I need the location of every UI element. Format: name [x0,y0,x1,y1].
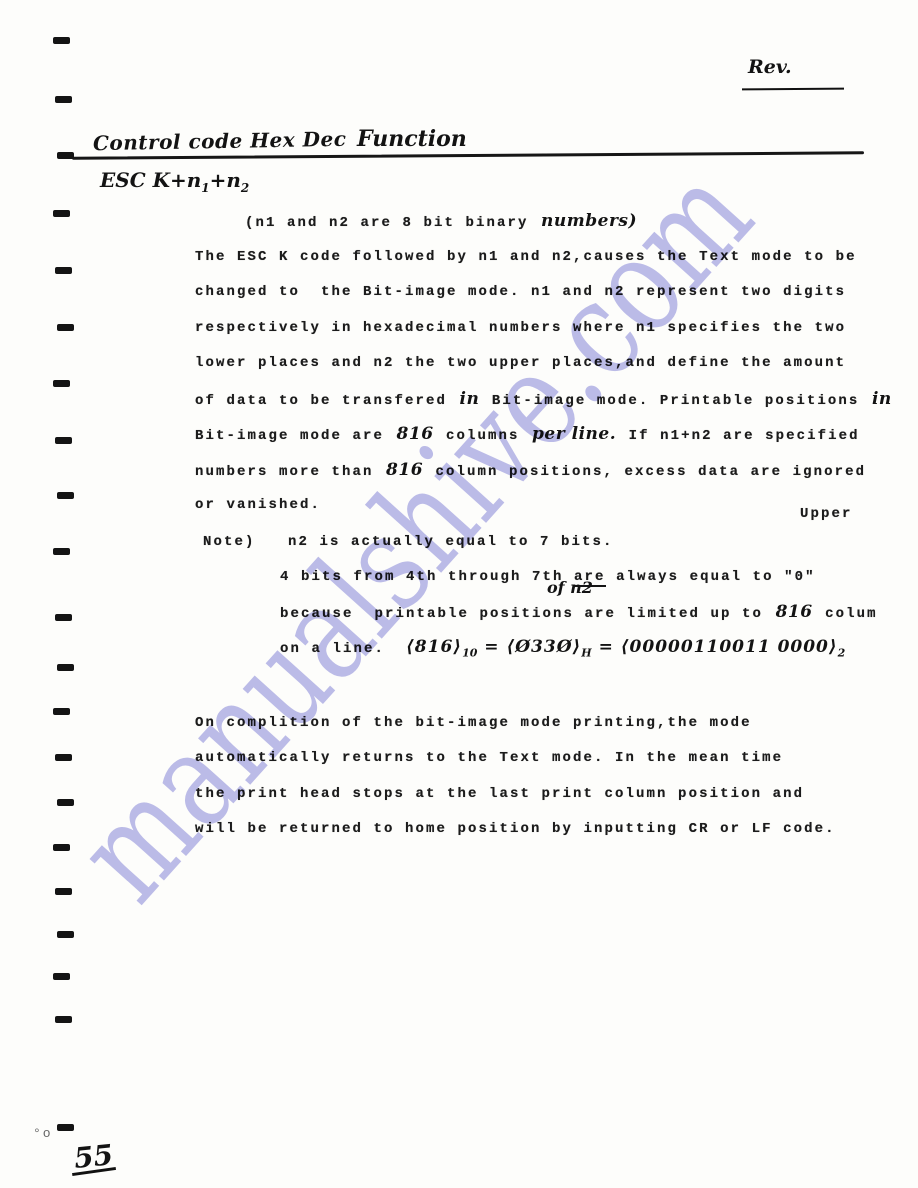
typed-text: numbers more than [195,464,384,480]
footer-scan-mark: °o [33,1126,53,1141]
binder-hole-mark [55,96,72,103]
typed-text: column positions, excess data are ignore… [425,464,866,480]
header-function: Function [357,126,467,152]
handwritten-words: per line. [530,424,618,444]
binder-hole-mark [57,1124,74,1131]
body-text-block: (n1 and n2 are 8 bit binary numbers) The… [195,204,895,848]
control-code-part: +n [210,168,241,192]
formula-subscript-10: 10 [462,646,477,659]
binder-hole-mark [53,210,70,217]
handwritten-word: numbers) [539,211,639,231]
handwritten-number-816: 816 [774,602,815,622]
binder-hole-mark [53,844,70,851]
text-line: (n1 and n2 are 8 bit binary numbers) [195,204,895,240]
rev-label: Rev. [748,56,792,78]
typed-text: because printable positions are limited … [280,606,774,622]
binder-hole-mark [55,614,72,621]
formula-part: ⟨816⟩ [406,637,462,657]
binder-hole-mark [53,380,70,387]
binder-hole-mark [57,492,74,499]
text-line: numbers more than 816 column positions, … [195,453,895,489]
typed-text: columns [436,428,531,444]
text-line: automatically returns to the Text mode. … [195,741,895,777]
text-line: of data to be transfered in Bit-image mo… [195,382,895,418]
handwritten-formula: ⟨816⟩10 = ⟨Ø33Ø⟩H = ⟨00000110011 0000⟩2 [406,637,845,657]
binder-hole-mark [53,37,70,44]
text-line: changed to the Bit-image mode. n1 and n2… [195,275,895,311]
typed-text: 4 bits from 4th through 7th [280,569,574,585]
formula-subscript-2: 2 [838,646,846,659]
closing-paragraph: On complition of the bit-image mode prin… [195,706,895,848]
control-code-sub-n1: 1 [201,181,209,195]
typed-text: colum [815,606,878,622]
binder-hole-mark [55,754,72,761]
scanned-manual-page: manualshive.com Rev. Control code Hex De… [0,0,918,1188]
typed-text: of data to be transfered [195,393,458,409]
text-line: the print head stops at the last print c… [195,777,895,813]
formula-part: = ⟨00000110011 0000⟩ [592,637,838,657]
text-line: or vanished. [195,488,895,524]
text-line: will be returned to home position by inp… [195,812,895,848]
text-line: lower places and n2 the two upper places… [195,346,895,382]
binder-hole-mark [57,799,74,806]
control-code-part: ESC K+n [100,168,201,192]
handwritten-number-816: 816 [395,424,436,444]
binder-hole-mark [55,437,72,444]
binder-hole-mark [57,324,74,331]
binder-hole-mark [53,548,70,555]
text-line: The ESC K code followed by n1 and n2,cau… [195,240,895,276]
control-code-esc-k: ESC K+n1+n2 [100,168,249,195]
typed-text: Bit-image mode are [195,428,395,444]
binder-hole-mark [57,664,74,671]
text-line: Bit-image mode are 816 columns per line.… [195,417,895,453]
binder-hole-mark [55,267,72,274]
typed-text: always equal to "0" [606,569,816,585]
note-line: Note)n2 is actually equal to 7 bits. [195,524,895,560]
handwritten-number-816: 816 [384,460,425,480]
note-line: 4 bits from 4th through 7th are always e… [195,559,895,595]
binder-hole-mark [53,708,70,715]
typed-text: Bit-image mode. Printable positions [481,393,870,409]
formula-part: = ⟨Ø33Ø⟩ [477,637,581,657]
typed-text: If n1+n2 are specified [618,428,860,444]
text-line: On complition of the bit-image mode prin… [195,706,895,742]
control-code-sub-n2: 2 [241,181,249,195]
formula-subscript-h: H [581,646,591,659]
margin-note-upper: Upper [800,506,853,522]
binder-hole-mark [53,973,70,980]
handwritten-word: in [458,389,482,409]
typed-text: (n1 and n2 are 8 bit binary [245,215,539,231]
binder-hole-mark [55,1016,72,1023]
typed-text: on a line. [280,641,406,657]
header-control-code-hex-dec: Control code Hex Dec [93,127,347,155]
note-label: Note) [203,525,288,561]
handwritten-word: in [870,389,894,409]
rev-underline [742,88,844,91]
typed-text: n2 is actually equal to 7 bits. [288,534,614,550]
binder-hole-mark [57,931,74,938]
binder-hole-mark [57,152,74,159]
binder-hole-mark [55,888,72,895]
note-line: on a line. ⟨816⟩10 = ⟨Ø33Ø⟩H = ⟨00000110… [195,630,895,666]
text-line: respectively in hexadecimal numbers wher… [195,311,895,347]
note-line: because printable positions are limited … [195,595,895,631]
